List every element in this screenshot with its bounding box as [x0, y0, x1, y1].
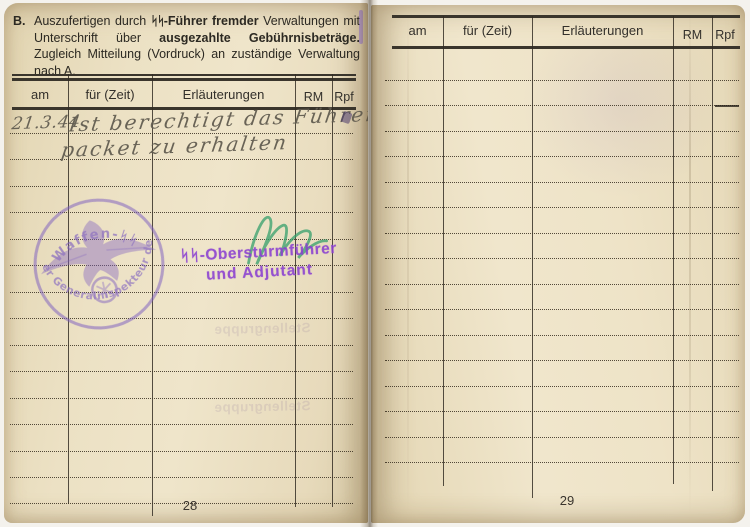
page-left: B. Auszufertigen durch ᛋᛋ-Führer fremder… [4, 3, 368, 523]
stray-mark [715, 105, 739, 107]
table-row-line [10, 186, 353, 187]
column-divider [532, 16, 533, 498]
col-header-erlaeuterungen: Erläuterungen [152, 87, 295, 102]
round-eagle-stamp: Waffen-ᛋᛋ Der Generalinspekteur der [15, 180, 183, 348]
table-row-line [385, 233, 739, 234]
instruction-line-1: Auszufertigen durch ᛋᛋ-Führer fremder Ve… [34, 13, 360, 30]
instruction-paragraph: B. Auszufertigen durch ᛋᛋ-Führer fremder… [13, 13, 360, 79]
table-row-line [385, 131, 739, 132]
instruction-line-4: nach A. [34, 63, 360, 80]
col-header-am: am [392, 23, 443, 38]
table-row-line [10, 451, 353, 452]
soldbuch-scan: B. Auszufertigen durch ᛋᛋ-Führer fremder… [0, 0, 750, 527]
col-header-rm: RM [673, 28, 712, 42]
paper-crease [407, 11, 409, 516]
table-row-line [385, 156, 739, 157]
page-number-left: 28 [170, 498, 210, 513]
instruction-label: B. [13, 13, 26, 30]
table-row-line [10, 371, 353, 372]
table-row-line [385, 182, 739, 183]
column-divider [332, 74, 333, 507]
table-row-line [385, 411, 739, 412]
header-top-rule [392, 15, 740, 18]
column-divider [295, 74, 296, 507]
column-divider [443, 16, 444, 486]
show-through-smudge [521, 39, 721, 199]
table-row-line [10, 345, 353, 346]
table-row-line [385, 258, 739, 259]
show-through-text: Stellengruppe [214, 398, 311, 415]
instruction-line-3: Zugleich Mitteilung (Vordruck) an zustän… [34, 46, 360, 63]
table-row-line [385, 105, 739, 106]
eagle-stamp-graphic: Waffen-ᛋᛋ Der Generalinspekteur der [15, 180, 183, 348]
col-header-am: am [12, 87, 68, 102]
column-divider [712, 16, 713, 491]
col-header-fuer-zeit: für (Zeit) [443, 23, 532, 38]
column-divider [673, 16, 674, 484]
col-header-erlaeuterungen: Erläuterungen [532, 23, 673, 38]
page-number-right: 29 [547, 493, 587, 508]
paper-crease [689, 11, 691, 516]
header-bottom-rule [392, 46, 740, 49]
table-row-line [385, 309, 739, 310]
col-header-rm: RM [295, 90, 332, 104]
table-row-line [385, 462, 739, 463]
instruction-line-2: Unterschrift über ausgezahlte Gebührnisb… [34, 30, 360, 47]
table-row-line [385, 80, 739, 81]
header-top-rule-thick [12, 78, 356, 81]
table-row-line [385, 360, 739, 361]
col-header-fuer-zeit: für (Zeit) [68, 87, 152, 102]
col-header-rpf: Rpf [712, 28, 738, 42]
table-row-line [385, 335, 739, 336]
header-top-rule-thin [12, 74, 356, 76]
page-right: am für (Zeit) Erläuterungen RM Rpf 29 [371, 5, 745, 523]
table-row-line [10, 424, 353, 425]
table-row-line [385, 386, 739, 387]
table-row-line [385, 207, 739, 208]
table-row-line [10, 477, 353, 478]
show-through-text: Stellengruppe [214, 320, 311, 337]
table-row-line [385, 437, 739, 438]
rank-stamp: ᛋᛋ-Obersturmführer und Adjutant [169, 238, 349, 286]
ss-runes: ᛋᛋ [151, 13, 164, 28]
table-row-line [385, 284, 739, 285]
book-gutter [360, 0, 378, 527]
